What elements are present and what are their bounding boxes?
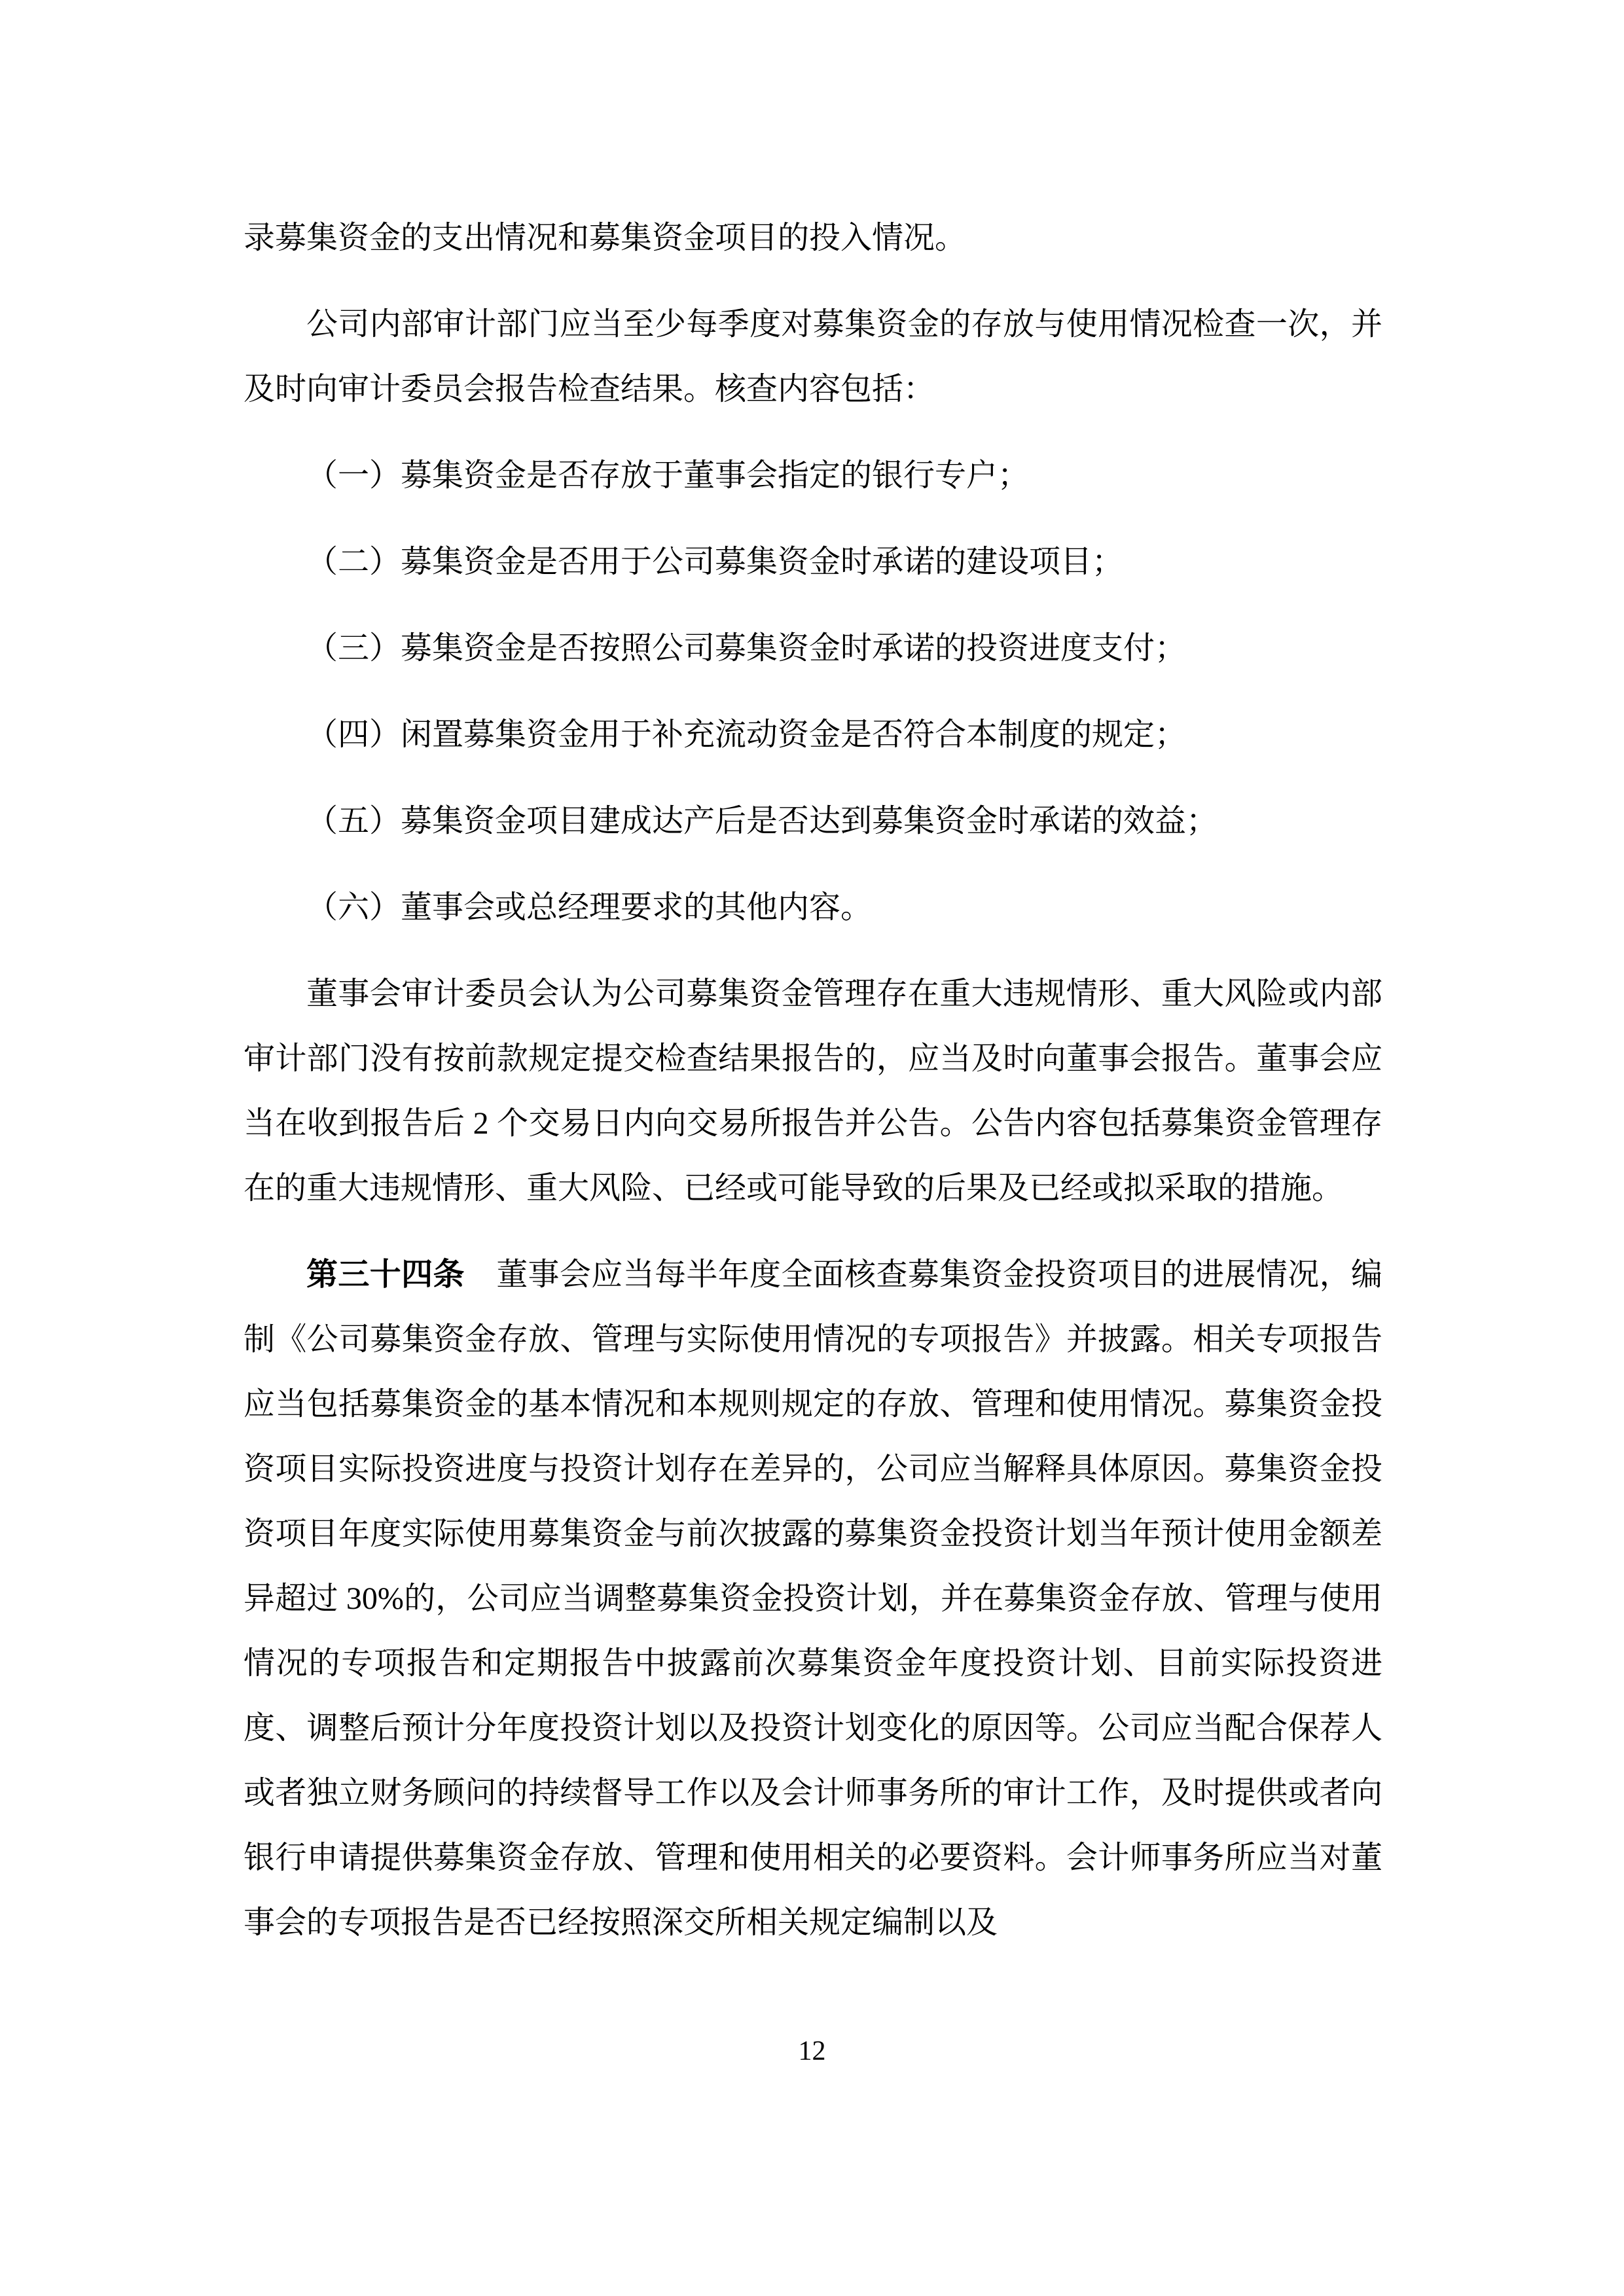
paragraph-article-34: 第三十四条 董事会应当每半年度全面核查募集资金投资项目的进展情况，编制《公司募集… [244,1242,1382,1955]
page-number: 12 [799,2036,826,2066]
list-item-4: （四）闲置募集资金用于补充流动资金是否符合本制度的规定； [244,702,1382,767]
article-34-number: 第三十四条 [306,1257,465,1292]
paragraph-internal-audit-check: 公司内部审计部门应当至少每季度对募集资金的存放与使用情况检查一次，并及时向审计委… [244,292,1382,422]
list-item-6: （六）董事会或总经理要求的其他内容。 [244,875,1382,940]
paragraph-audit-committee-report: 董事会审计委员会认为公司募集资金管理存在重大违规情形、重大风险或内部审计部门没有… [244,961,1382,1221]
paragraph-continuation: 录募集资金的支出情况和募集资金项目的投入情况。 [244,206,1382,270]
document-page: 录募集资金的支出情况和募集资金项目的投入情况。 公司内部审计部门应当至少每季度对… [0,0,1624,2296]
list-item-2: （二）募集资金是否用于公司募集资金时承诺的建设项目； [244,529,1382,594]
page-footer: 12 [0,2037,1624,2066]
list-item-3: （三）募集资金是否按照公司募集资金时承诺的投资进度支付； [244,616,1382,681]
list-item-1: （一）募集资金是否存放于董事会指定的银行专户； [244,443,1382,508]
document-body: 录募集资金的支出情况和募集资金项目的投入情况。 公司内部审计部门应当至少每季度对… [244,206,1382,1955]
article-34-text: 董事会应当每半年度全面核查募集资金投资项目的进展情况，编制《公司募集资金存放、管… [244,1257,1382,1940]
list-item-5: （五）募集资金项目建成达产后是否达到募集资金时承诺的效益； [244,789,1382,853]
